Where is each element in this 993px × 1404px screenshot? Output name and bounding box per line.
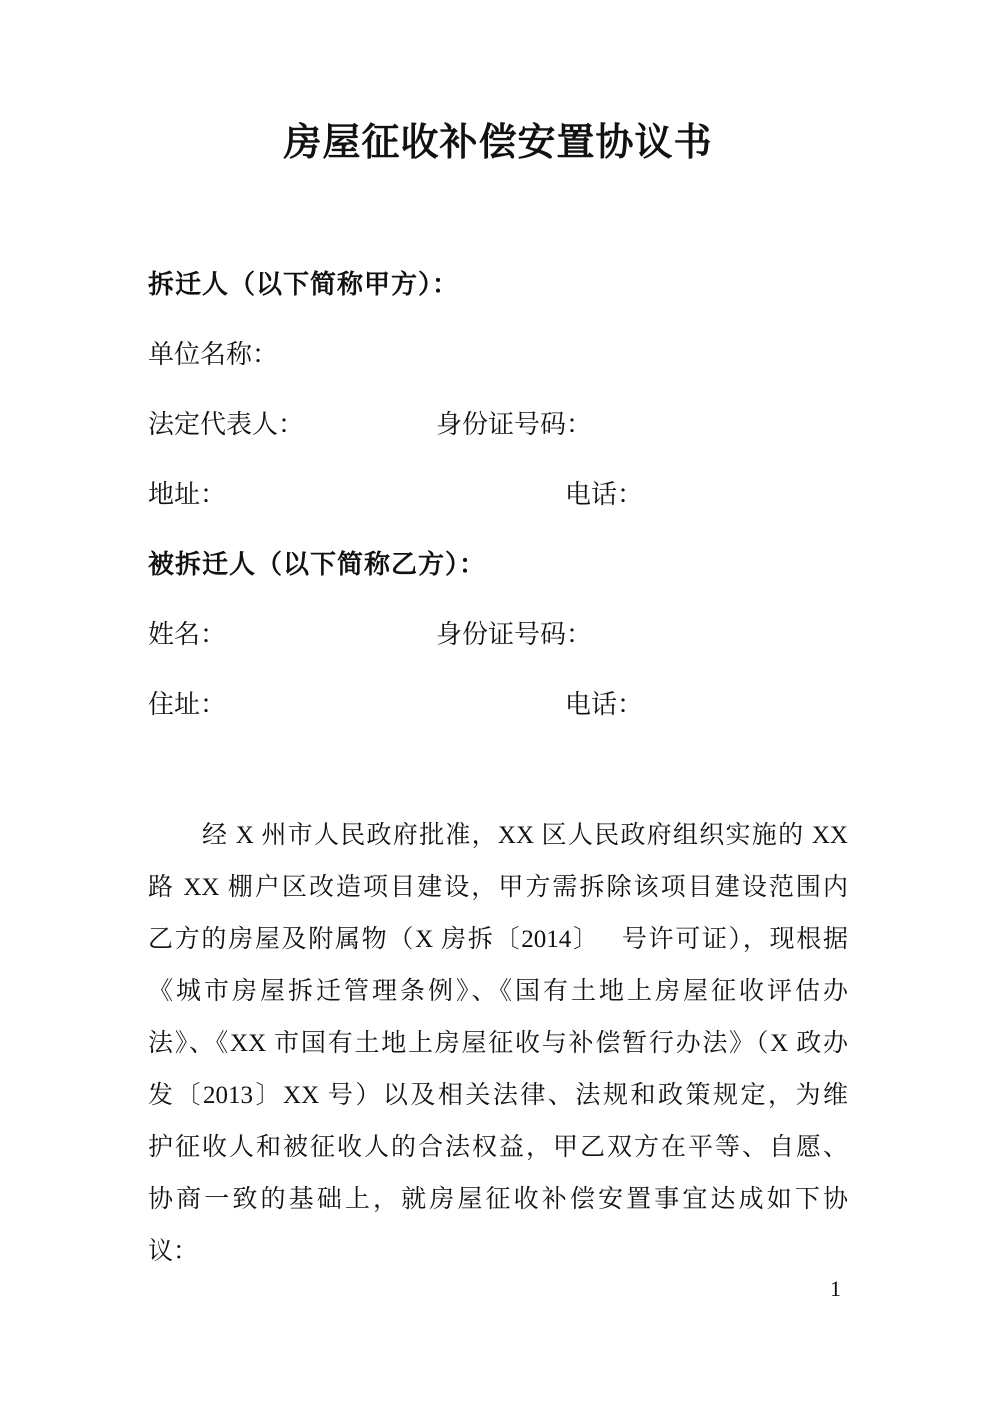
body-line: 协商一致的基础上，就房屋征收补偿安置事宜达成如下协 <box>148 1174 848 1226</box>
body-line: 护征收人和被征收人的合法权益，甲乙双方在平等、自愿、 <box>148 1122 848 1174</box>
party-a-id-number-label: 身份证号码： <box>436 412 592 438</box>
unit-name-label: 单位名称： <box>148 340 278 369</box>
body-line: 法》、《XX 市国有土地上房屋征收与补偿暂行办法》（X 政办 <box>148 1018 848 1070</box>
party-b-name-row: 姓名： 身份证号码： <box>148 622 848 648</box>
legal-rep-label: 法定代表人： <box>148 410 304 439</box>
body-line: 议： <box>148 1226 848 1278</box>
party-b-phone-label: 电话： <box>565 692 643 718</box>
legal-rep-row: 法定代表人： 身份证号码： <box>148 412 848 438</box>
document-title: 房屋征收补偿安置协议书 <box>148 118 848 168</box>
party-b-id-number-label: 身份证号码： <box>436 622 592 648</box>
party-a-heading: 拆迁人（以下简称甲方）： <box>148 272 848 298</box>
body-line: 《城市房屋拆迁管理条例》、《国有土地上房屋征收评估办 <box>148 966 848 1018</box>
body-line: 经 X 州市人民政府批准，XX 区人民政府组织实施的 XX <box>148 810 848 862</box>
party-a-address-label: 地址： <box>148 480 226 509</box>
party-b-address-row: 住址： 电话： <box>148 692 848 718</box>
party-a-address-row: 地址： 电话： <box>148 482 848 508</box>
body-line: 路 XX 棚户区改造项目建设，甲方需拆除该项目建设范围内 <box>148 862 848 914</box>
party-b-heading: 被拆迁人（以下简称乙方）： <box>148 552 848 578</box>
body-line: 乙方的房屋及附属物（X 房拆〔2014〕 号许可证），现根据 <box>148 914 848 966</box>
document-content: 房屋征收补偿安置协议书 拆迁人（以下简称甲方）： 单位名称： 法定代表人： 身份… <box>148 118 848 1278</box>
page-number: 1 <box>830 1276 841 1302</box>
unit-name-row: 单位名称： <box>148 342 848 368</box>
document-page: 房屋征收补偿安置协议书 拆迁人（以下简称甲方）： 单位名称： 法定代表人： 身份… <box>0 0 993 1404</box>
preamble-paragraph: 经 X 州市人民政府批准，XX 区人民政府组织实施的 XX 路 XX 棚户区改造… <box>148 810 848 1278</box>
party-a-phone-label: 电话： <box>565 482 643 508</box>
body-line: 发〔2013〕XX 号）以及相关法律、法规和政策规定，为维 <box>148 1070 848 1122</box>
party-b-address-label: 住址： <box>148 690 226 719</box>
party-b-name-label: 姓名： <box>148 620 226 649</box>
